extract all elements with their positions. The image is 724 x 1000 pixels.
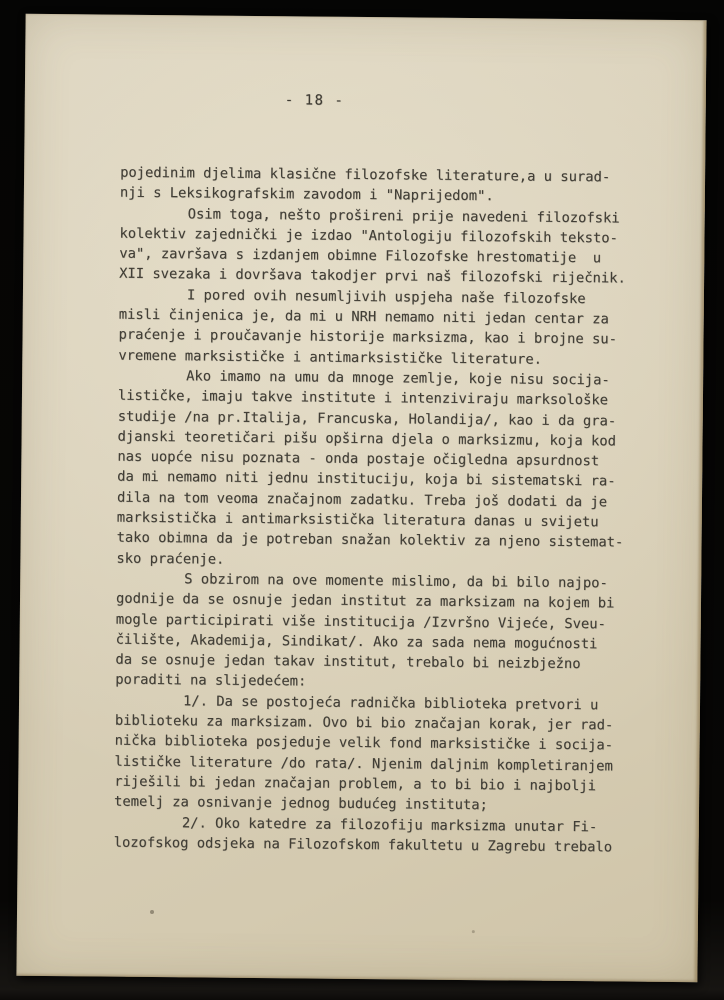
- paper-speck: [150, 910, 154, 914]
- paragraph: Ako imamo na umu da mnoge zemlje, koje n…: [116, 366, 678, 574]
- paragraph: Osim toga, nešto prošireni prije naveden…: [119, 203, 680, 290]
- text-line: lozofskog odsjeka na Filozofskom fakulte…: [114, 832, 674, 858]
- paragraph: 2/. Oko katedre za filozofiju marksizma …: [114, 812, 674, 858]
- scan-background: - 18 - pojedinim djelima klasične filozo…: [0, 0, 724, 1000]
- document-body: pojedinim djelima klasične filozofske li…: [114, 163, 681, 858]
- page-number: - 18 -: [285, 92, 345, 109]
- paper-speck: [472, 930, 475, 933]
- paragraph: 1/. Da se postojeća radnička biblioteka …: [114, 690, 675, 817]
- paragraph: S obzirom na ove momente mislimo, da bi …: [115, 569, 676, 696]
- document-page: - 18 - pojedinim djelima klasične filozo…: [16, 14, 706, 982]
- paragraph: I pored ovih nesumljivih uspjeha naše fi…: [118, 284, 679, 371]
- paragraph: pojedinim djelima klasične filozofske li…: [120, 163, 680, 209]
